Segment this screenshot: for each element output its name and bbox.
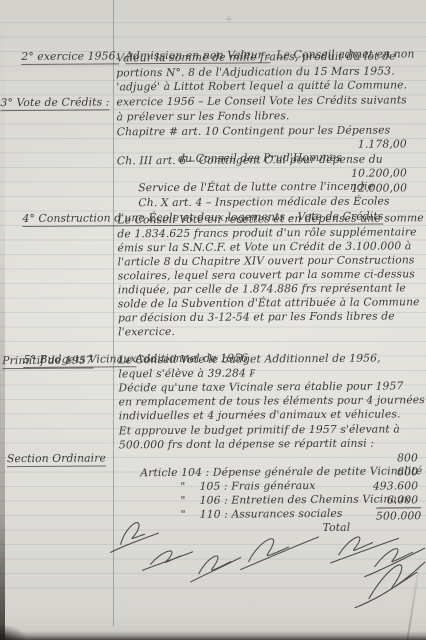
photo-left-edge (0, 0, 5, 640)
signature (191, 556, 241, 582)
text-run: Chapitre # art. 10 Contingent pour les D… (117, 123, 391, 138)
text-run: exercice 1956 – Le Conseil Vote les Créd… (116, 93, 406, 108)
text-line: Valeur la somme de mille francs, produit… (116, 49, 420, 65)
signature (241, 537, 319, 570)
section-title-line: 4° Construction d'une École et deux loge… (1, 196, 421, 213)
text-line: 'adjugé' à Littot Robert lequel a quitté… (116, 78, 420, 94)
signatures (106, 510, 426, 614)
text-run: individuelles et 4 journées d'animaux et… (119, 407, 401, 422)
text-run: de 1.834.625 francs produit d'un rôle su… (117, 225, 416, 240)
text-run: à prélever sur les Fonds libres. (117, 109, 290, 123)
photo-bottom-edge (0, 631, 426, 640)
photo-corner-shadow (0, 625, 26, 640)
text-line: exercice 1956 – Le Conseil Vote les Créd… (116, 93, 420, 109)
amount: 493.600 (373, 479, 418, 492)
signature (331, 537, 399, 563)
register-page: 2° exercice 1956.Admission en non Valeur… (0, 0, 426, 640)
text-run: 'adjugé' à Littot Robert lequel a quitté… (116, 78, 407, 93)
text-line: individuelles et 4 journées d'animaux et… (119, 407, 423, 423)
amount: 10.200,00 (351, 166, 407, 179)
amount: 12.000,00 (351, 181, 407, 194)
signature (143, 551, 193, 570)
section-margin-label: 2° exercice 1956. (21, 49, 119, 65)
text-run: Le Conseil Vote le budget Additionnel de… (118, 352, 380, 367)
section-margin-label: Primitif de 1957 (2, 354, 93, 368)
text-run: par décision du 3-12-54 et par les Fonds… (118, 309, 395, 324)
text-line: Service de l'État de lutte contre l'ince… (117, 166, 421, 182)
text-line: du Conseil des Prud'Hommes 1.178,00 (117, 137, 421, 153)
text-line: à prélever sur les Fonds libres. (117, 108, 421, 124)
section-margin-label: Section Ordinaire (7, 451, 106, 465)
amount: 1.178,00 (358, 137, 407, 150)
text-run: Et approuve le budget primitif de 1957 s… (119, 422, 400, 437)
amount: 600 (397, 465, 418, 478)
text-run: émis sur la S.N.C.F. et Vote un Crédit d… (117, 239, 411, 254)
amount: 800 (397, 451, 418, 464)
signature (110, 522, 158, 552)
text-run: lequel s'élève à 39.284 ₣ (118, 366, 255, 380)
text-line: 500.000 frs dont la dépense se répartit … (119, 436, 423, 452)
text-run: Décide qu'une taxe Vicinale sera établie… (118, 379, 403, 394)
text-run: Ch. III art. 6 – Contingent C.al pour dé… (117, 153, 383, 168)
text-run: portions N°. 8 de l'Adjudication du 15 M… (116, 64, 394, 79)
text-run: Valeur la somme de mille francs, produit… (116, 49, 396, 64)
handwritten-text-layer: 2° exercice 1956.Admission en non Valeur… (0, 0, 426, 640)
text-line: Ch. X art. 4 – Inspection médicale des É… (117, 181, 421, 197)
text-run: 500.000 frs dont la dépense se répartit … (119, 437, 374, 452)
text-run: en remplacement de tous les éléments pou… (119, 393, 425, 408)
text-run: solde de la Subvention d'État attribuée … (118, 295, 420, 310)
text-run: l'exercice. (118, 325, 175, 338)
text-run: Le Conseil Vote en recettes et en dépens… (117, 211, 424, 226)
text-line: 2° exercice 1956.Admission en non Valeur… (0, 34, 420, 51)
text-run: l'article 8 du Chapitre XIV ouvert pour … (118, 253, 415, 268)
text-run: indiquée, par celle de 1.874.886 frs rep… (118, 281, 406, 296)
text-run: scolaires, lequel sera couvert par la so… (118, 267, 415, 282)
section-margin-label: 3° Vote de Crédits : (0, 95, 109, 109)
amount: 6.000 (387, 493, 419, 506)
